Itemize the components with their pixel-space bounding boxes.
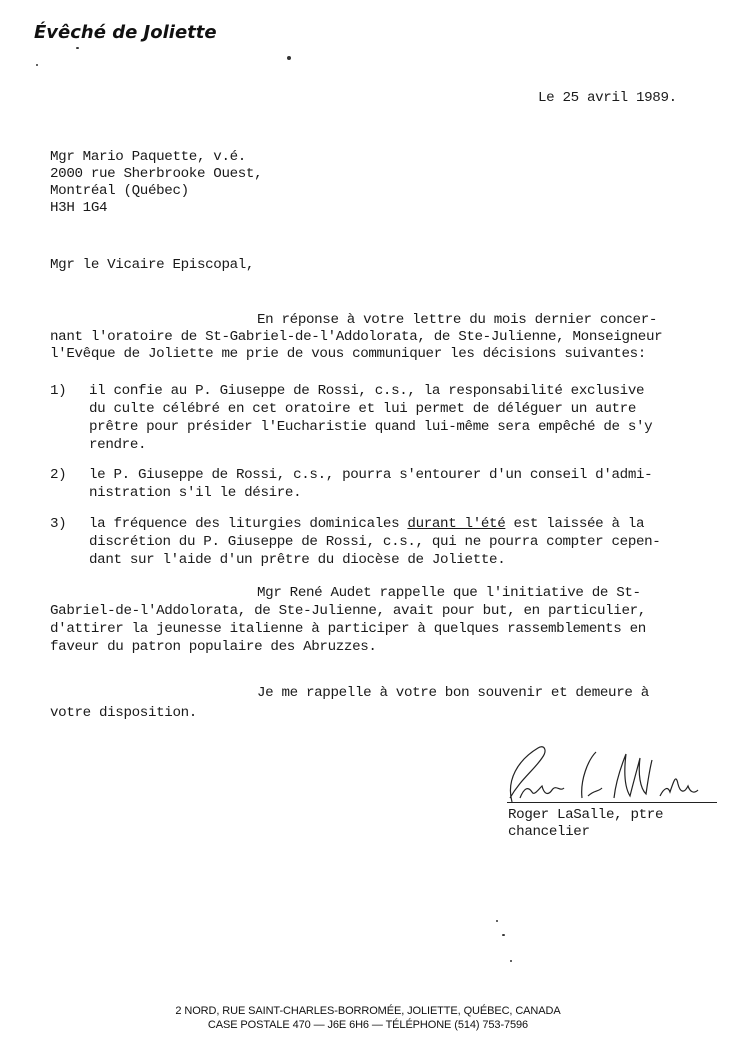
decision-number: 2)	[50, 466, 66, 484]
paragraph-line: faveur du patron populaire des Abruzzes.	[50, 638, 377, 656]
scan-speck	[76, 47, 79, 49]
handwritten-signature	[498, 740, 728, 810]
footer-address-line: 2 NORD, RUE SAINT-CHARLES-BORROMÉE, JOLI…	[0, 1005, 736, 1017]
decision-text: la fréquence des liturgies dominicales	[89, 516, 407, 532]
letterhead-title: Évêché de Joliette	[34, 22, 217, 43]
decision-line: du culte célébré en cet oratoire et lui …	[89, 400, 636, 418]
paragraph-line: En réponse à votre lettre du mois dernie…	[257, 311, 657, 329]
scan-speck	[496, 920, 498, 922]
scan-speck	[36, 64, 38, 66]
decision-line: il confie au P. Giuseppe de Rossi, c.s.,…	[89, 382, 644, 400]
paragraph-line: l'Evêque de Joliette me prie de vous com…	[50, 345, 646, 363]
paragraph-line: d'attirer la jeunesse italienne à partic…	[50, 620, 646, 638]
decision-line: nistration s'il le désire.	[89, 484, 301, 502]
decision-line: la fréquence des liturgies dominicales d…	[89, 515, 644, 533]
letter-date: Le 25 avril 1989.	[538, 89, 677, 107]
decision-line: rendre.	[89, 436, 146, 454]
paragraph-line: Je me rappelle à votre bon souvenir et d…	[257, 684, 649, 702]
decision-line: prêtre pour présider l'Eucharistie quand…	[89, 418, 652, 436]
recipient-line: 2000 rue Sherbrooke Ouest,	[50, 165, 262, 183]
paragraph-line: votre disposition.	[50, 704, 197, 722]
scan-speck	[287, 56, 291, 60]
salutation: Mgr le Vicaire Episcopal,	[50, 256, 254, 274]
paragraph-line: nant l'oratoire de St-Gabriel-de-l'Addol…	[50, 328, 662, 346]
decision-text: est laissée à la	[505, 516, 644, 532]
recipient-line: Montréal (Québec)	[50, 182, 189, 200]
recipient-line: H3H 1G4	[50, 199, 107, 217]
signatory-title: chancelier	[508, 823, 590, 841]
footer-contact-line: CASE POSTALE 470 — J6E 6H6 — TÉLÉPHONE (…	[0, 1019, 736, 1031]
paragraph-line: Gabriel-de-l'Addolorata, de Ste-Julienne…	[50, 602, 646, 620]
recipient-line: Mgr Mario Paquette, v.é.	[50, 148, 246, 166]
paragraph-line: Mgr René Audet rappelle que l'initiative…	[257, 584, 641, 602]
signature-line	[507, 802, 717, 803]
decision-line: dant sur l'aide d'un prêtre du diocèse d…	[89, 551, 505, 569]
signatory-name: Roger LaSalle, ptre	[508, 806, 663, 824]
decision-line: le P. Giuseppe de Rossi, c.s., pourra s'…	[89, 466, 652, 484]
decision-number: 1)	[50, 382, 66, 400]
underlined-phrase: durant l'été	[407, 516, 505, 532]
decision-line: discrétion du P. Giuseppe de Rossi, c.s.…	[89, 533, 660, 551]
scan-speck	[502, 934, 505, 936]
decision-number: 3)	[50, 515, 66, 533]
scan-speck	[510, 960, 512, 962]
